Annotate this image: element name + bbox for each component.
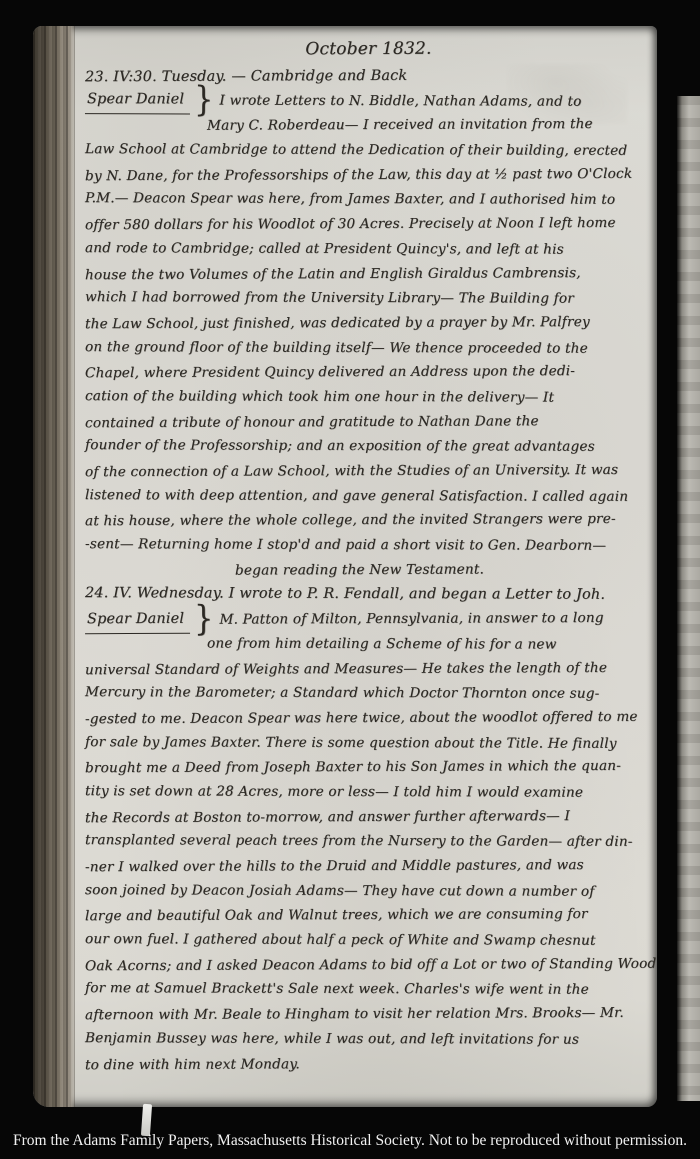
archive-caption: From the Adams Family Papers, Massachuse… (0, 1128, 700, 1159)
manuscript-line: which I had borrowed from the University… (85, 285, 652, 311)
manuscript-line: contained a tribute of honour and gratit… (85, 408, 652, 435)
manuscript-line: at his house, where the whole college, a… (85, 507, 652, 534)
manuscript-line: of the connection of a Law School, with … (85, 458, 652, 485)
manuscript-line: for me at Samuel Brackett's Sale next we… (85, 977, 652, 1003)
manuscript-line: -sent— Returning home I stop'd and paid … (85, 532, 652, 558)
book-fore-edge (33, 26, 75, 1107)
manuscript-line: our own fuel. I gathered about half a pe… (85, 927, 652, 953)
manuscript-line: 24. IV. Wednesday. I wrote to P. R. Fend… (85, 582, 652, 608)
manuscript-line: P.M.— Deacon Spear was here, from James … (85, 187, 652, 213)
manuscript-line-text: M. Patton of Milton, Pennsylvania, in an… (219, 606, 603, 632)
manuscript-line: universal Standard of Weights and Measur… (85, 655, 652, 682)
manuscript-line: 23. IV:30. Tuesday. — Cambridge and Back (85, 63, 652, 90)
margin-brace: } (194, 606, 213, 634)
manuscript-line: -ner I walked over the hills to the Drui… (85, 853, 652, 880)
manuscript-line-text: I wrote Letters to N. Biddle, Nathan Ada… (219, 88, 581, 114)
manuscript: October 1832. 23. IV:30. Tuesday. — Camb… (85, 34, 652, 1076)
manuscript-line: offer 580 dollars for his Woodlot of 30 … (85, 211, 652, 238)
manuscript-line: by N. Dane, for the Professorships of th… (85, 162, 652, 189)
manuscript-line: one from him detailing a Scheme of his f… (85, 631, 652, 657)
manuscript-line: and rode to Cambridge; called at Preside… (85, 236, 652, 262)
manuscript-line: Mary C. Roberdeau— I received an invitat… (85, 112, 652, 139)
manuscript-line: house the two Volumes of the Latin and E… (85, 260, 652, 287)
manuscript-line: brought me a Deed from Joseph Baxter to … (85, 754, 652, 781)
manuscript-line: the Law School, just finished, was dedic… (85, 310, 652, 337)
manuscript-line: Law School at Cambridge to attend the De… (85, 137, 652, 163)
diary-page: October 1832. 23. IV:30. Tuesday. — Camb… (33, 26, 657, 1107)
manuscript-line: the Records at Boston to-morrow, and ans… (85, 803, 652, 830)
margin-note: Spear Daniel (85, 607, 190, 634)
manuscript-line: Oak Acorns; and I asked Deacon Adams to … (85, 952, 652, 979)
facing-page-edge (677, 96, 700, 1101)
manuscript-line: Chapel, where President Quincy delivered… (85, 359, 652, 386)
margin-note: Spear Daniel (85, 87, 190, 114)
manuscript-line: for sale by James Baxter. There is some … (85, 730, 652, 756)
month-heading: October 1832. (85, 33, 652, 65)
manuscript-line: on the ground floor of the building itse… (85, 335, 652, 361)
manuscript-line: -gested to me. Deacon Spear was here twi… (85, 705, 652, 732)
margin-brace: } (194, 86, 213, 114)
manuscript-line: listened to with deep attention, and gav… (85, 483, 652, 509)
manuscript-line: transplanted several peach trees from th… (85, 828, 652, 854)
manuscript-lines: 23. IV:30. Tuesday. — Cambridge and Back… (85, 64, 652, 1076)
manuscript-line: Benjamin Bussey was here, while I was ou… (85, 1026, 652, 1052)
manuscript-line: Spear Daniel}I wrote Letters to N. Biddl… (85, 88, 652, 114)
manuscript-line: large and beautiful Oak and Walnut trees… (85, 902, 652, 929)
manuscript-line: cation of the building which took him on… (85, 384, 652, 410)
manuscript-line: Spear Daniel}M. Patton of Milton, Pennsy… (85, 606, 652, 633)
manuscript-line: began reading the New Testament. (85, 557, 652, 584)
scan-background: { "colors": { "background": "#060606", "… (0, 0, 700, 1159)
manuscript-line: founder of the Professorship; and an exp… (85, 433, 652, 459)
manuscript-line: to dine with him next Monday. (85, 1050, 652, 1077)
manuscript-line: afternoon with Mr. Beale to Hingham to v… (85, 1001, 652, 1028)
manuscript-line: tity is set down at 28 Acres, more or le… (85, 779, 652, 805)
manuscript-line: Mercury in the Barometer; a Standard whi… (85, 680, 652, 706)
manuscript-line: soon joined by Deacon Josiah Adams— They… (85, 878, 652, 904)
